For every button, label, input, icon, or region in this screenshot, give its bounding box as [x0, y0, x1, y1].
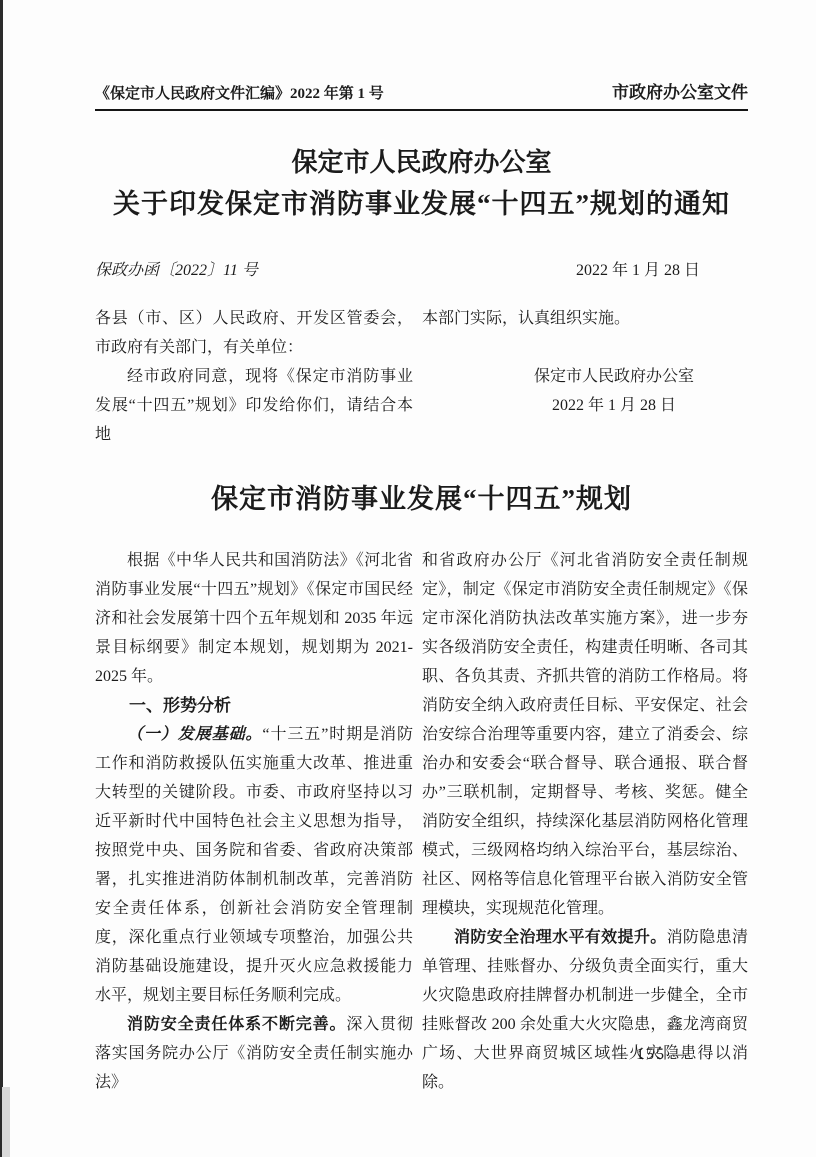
plan-left-column: 根据《中华人民共和国消防法》《河北省消防事业发展“十四五”规划》《保定市国民经济…	[95, 546, 413, 1097]
notice-right-column: 本部门实际，认真组织实施。 保定市人民政府办公室 2022 年 1 月 28 日	[422, 304, 748, 449]
section-heading: 一、形势分析	[95, 691, 413, 720]
notice-paragraph-continued: 本部门实际，认真组织实施。	[422, 304, 748, 333]
plan-paragraph: 消防安全责任体系不断完善。深入贯彻落实国务院办公厅《消防安全责任制实施办法》	[95, 1010, 413, 1097]
scan-smudge-artifact	[2, 1087, 10, 1157]
plan-right-column: 和省政府办公厅《河北省消防安全责任制规定》，制定《保定市消防安全责任制规定》《保…	[422, 546, 748, 1097]
plan-intro-paragraph: 根据《中华人民共和国消防法》《河北省消防事业发展“十四五”规划》《保定市国民经济…	[95, 546, 413, 691]
notice-left-column: 各县（市、区）人民政府、开发区管委会，市政府有关部门，有关单位： 经市政府同意，…	[95, 304, 413, 449]
scan-edge-artifact	[0, 0, 3, 1157]
notice-paragraph: 经市政府同意，现将《保定市消防事业发展“十四五”规划》印发给你们，请结合本地	[95, 362, 413, 449]
plan-paragraph: （一）发展基础。“十三五”时期是消防工作和消防救援队伍实施重大改革、推进重大转型…	[95, 720, 413, 1010]
header-compilation-title: 《保定市人民政府文件汇编》2022 年第 1 号	[95, 82, 384, 103]
page-header: 《保定市人民政府文件汇编》2022 年第 1 号 市政府办公室文件	[95, 0, 748, 103]
paragraph-text: “十三五”时期是消防工作和消防救援队伍实施重大改革、推进重大转型的关键阶段。市委…	[95, 726, 413, 1004]
signature-date: 2022 年 1 月 28 日	[451, 391, 777, 420]
signer-name: 保定市人民政府办公室	[451, 362, 777, 391]
plan-paragraph: 消防安全治理水平有效提升。消防隐患清单管理、挂账督办、分级负责全面实行，重大火灾…	[422, 923, 748, 1097]
doc-date: 2022 年 1 月 28 日	[576, 257, 700, 280]
plan-body-columns: 根据《中华人民共和国消防法》《河北省消防事业发展“十四五”规划》《保定市国民经济…	[95, 546, 748, 1097]
plan-paragraph-continued: 和省政府办公厅《河北省消防安全责任制规定》，制定《保定市消防安全责任制规定》《保…	[422, 546, 748, 923]
page-content: 《保定市人民政府文件汇编》2022 年第 1 号 市政府办公室文件 保定市人民政…	[95, 0, 748, 1097]
paragraph-lead: 消防安全责任体系不断完善。	[127, 1016, 346, 1033]
page-number: — 155 —	[612, 1046, 690, 1064]
notice-title-line2: 关于印发保定市消防事业发展“十四五”规划的通知	[95, 188, 748, 222]
subsection-lead: （一）发展基础。	[127, 726, 262, 743]
doc-meta-row: 保政办函〔2022〕11 号 2022 年 1 月 28 日	[95, 257, 748, 280]
header-divider	[95, 109, 748, 111]
plan-title: 保定市消防事业发展“十四五”规划	[95, 477, 748, 516]
notice-body-columns: 各县（市、区）人民政府、开发区管委会，市政府有关部门，有关单位： 经市政府同意，…	[95, 304, 748, 449]
paragraph-text: 消防隐患清单管理、挂账督办、分级负责全面实行，重大火灾隐患政府挂牌督办机制进一步…	[422, 929, 748, 1091]
notice-title-line1: 保定市人民政府办公室	[95, 147, 748, 180]
header-doc-category: 市政府办公室文件	[612, 78, 748, 103]
doc-number: 保政办函〔2022〕11 号	[95, 257, 258, 280]
notice-addressees: 各县（市、区）人民政府、开发区管委会，市政府有关部门，有关单位：	[95, 304, 413, 362]
document-page: 《保定市人民政府文件汇编》2022 年第 1 号 市政府办公室文件 保定市人民政…	[0, 0, 816, 1157]
signature-block: 保定市人民政府办公室 2022 年 1 月 28 日	[451, 362, 777, 420]
paragraph-lead: 消防安全治理水平有效提升。	[454, 929, 667, 946]
